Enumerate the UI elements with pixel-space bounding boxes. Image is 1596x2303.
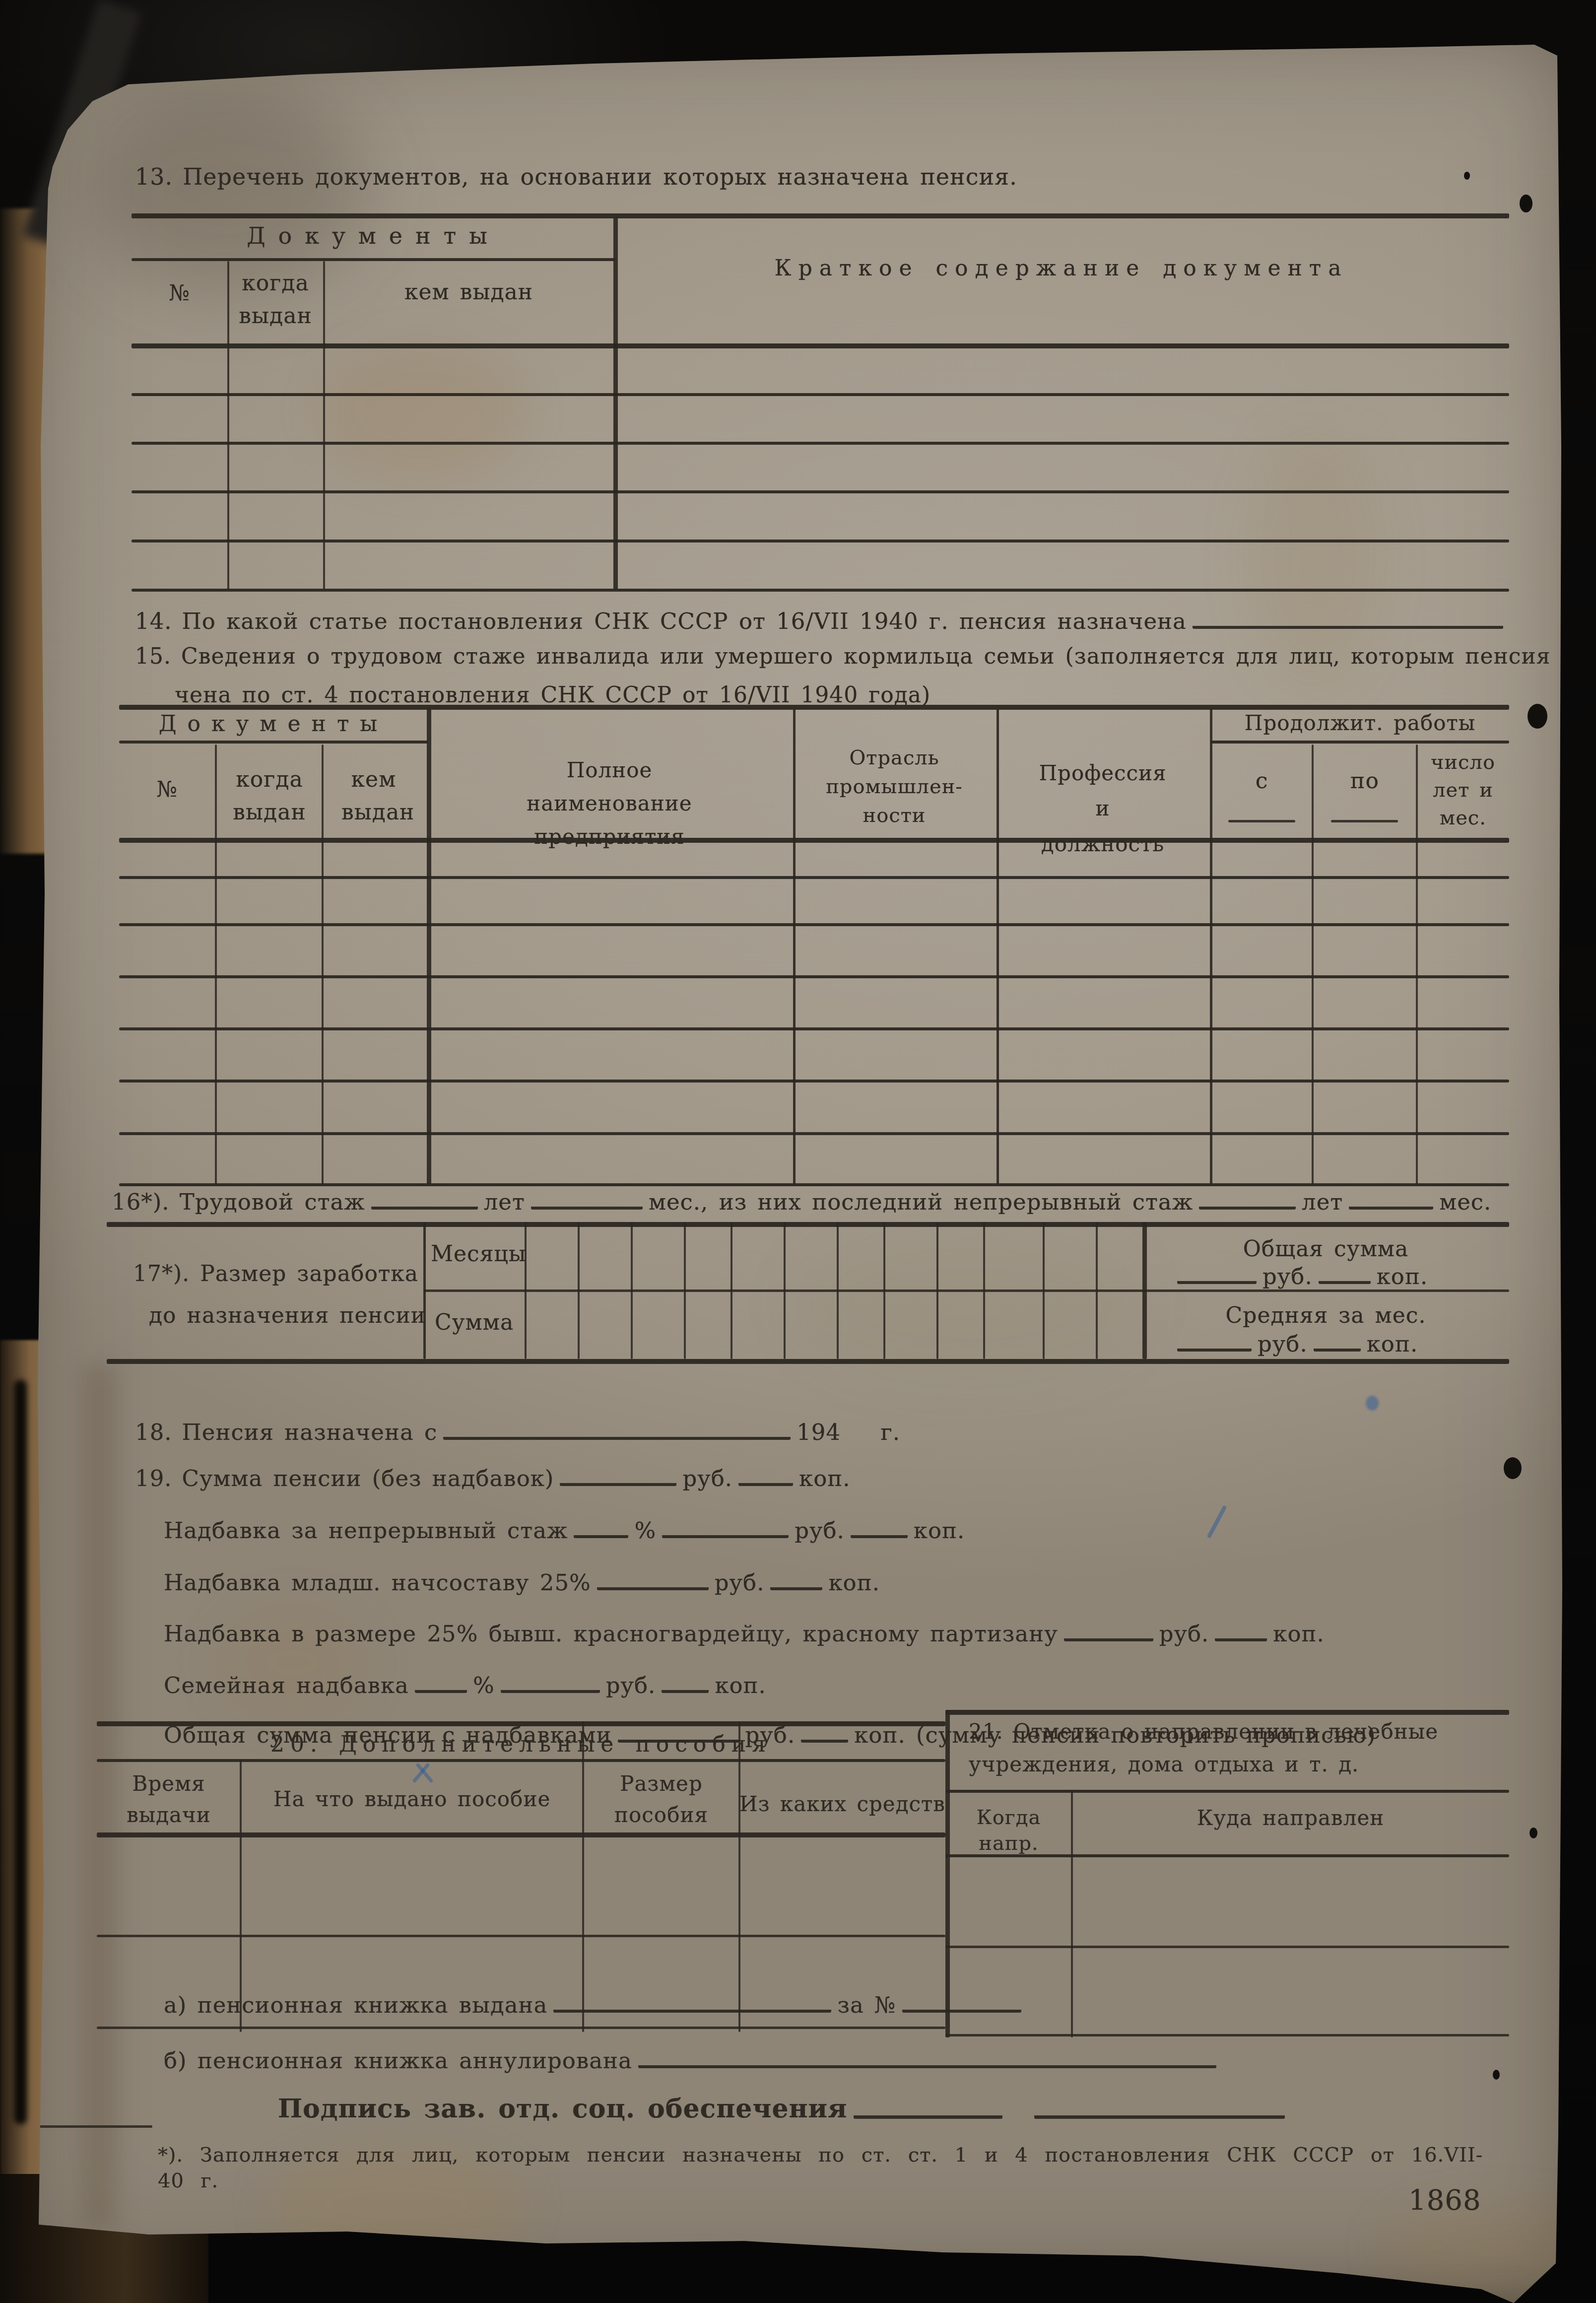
table15-col-enterprise: Полное наименование предприятия: [480, 753, 738, 854]
table13-col-summary: Краткое содержание документа: [613, 254, 1509, 282]
blank-line: [415, 1689, 467, 1693]
table15-col-issued-when: когда выдан: [232, 763, 307, 829]
table20-title: 20. Дополнительные пособия: [97, 1730, 945, 1759]
v-rule: [1071, 1790, 1073, 2037]
blank-row-rule: [119, 1027, 1509, 1030]
junior-staff-bonus-label: Надбавка младш. начсоставу 25%: [164, 1571, 591, 1594]
v-rule: [215, 745, 217, 1184]
section19-row2: Надбавка за непрерывный стаж % руб. коп.: [164, 1519, 965, 1542]
section16-line: 16*). Трудовой стаж лет мес., из них пос…: [112, 1190, 1509, 1214]
section13-title: Перечень документов, на основании которы…: [183, 165, 1017, 189]
kop-label: коп.: [828, 1571, 880, 1594]
blank-line: [1193, 625, 1503, 629]
section14-line: 14. По какой статье постановления СНК СС…: [135, 610, 1509, 633]
blank-line: [371, 1206, 478, 1210]
section14-label: По какой статье постановления СНК СССР о…: [182, 610, 1187, 633]
h-rule: [119, 838, 1509, 843]
v-rule: [240, 1759, 242, 2032]
blank-row-rule: [132, 589, 1509, 592]
kop-label: коп.: [715, 1674, 766, 1697]
section15-text1: Сведения о трудовом стаже инвалида или у…: [181, 645, 1596, 668]
v-rule: [322, 745, 324, 1184]
blank-line: [1228, 820, 1295, 822]
h-rule: [97, 1759, 945, 1762]
section17-number: 17*).: [133, 1261, 190, 1287]
v-rule: [1312, 745, 1314, 1184]
section13-number: 13.: [135, 165, 173, 189]
blank-line: [851, 1534, 908, 1538]
section19-row1: 19. Сумма пенсии (без надбавок) руб. коп…: [135, 1467, 851, 1490]
kop-label: коп.: [1273, 1622, 1325, 1645]
blank-row-rule: [945, 2034, 1509, 2036]
section16-text2: мес., из них последний непрерывный стаж: [649, 1190, 1193, 1214]
blank-row-rule: [132, 393, 1509, 396]
table13-col-no: №: [132, 279, 227, 307]
blank-line: [1349, 1206, 1433, 1210]
section18-number: 18.: [135, 1421, 172, 1444]
paper-stain: [794, 1231, 1141, 1380]
footnote: *). Заполняется для лиц, которым пенсии …: [158, 2142, 1493, 2194]
rub-label: руб.: [1159, 1622, 1209, 1645]
punch-hole: [1528, 704, 1547, 729]
kop-label: коп.: [799, 1467, 851, 1490]
table13-col-issued-by: кем выдан: [324, 278, 613, 306]
blank-line: [662, 1534, 789, 1538]
pension-sum-label: Сумма пенсии (без надбавок): [182, 1467, 554, 1490]
blank-line: [531, 1206, 643, 1210]
v-rule: [684, 1222, 686, 1359]
blank-line: [662, 1689, 709, 1693]
table20-col-source: Из каких средств: [739, 1791, 945, 1818]
blank-row-rule: [119, 923, 1509, 926]
blank-row-rule: [119, 1132, 1509, 1135]
blank-line: [902, 2009, 1021, 2013]
v-rule: [731, 1222, 732, 1359]
v-rule: [883, 1222, 885, 1359]
blank-line: [553, 2009, 831, 2013]
h-rule: [945, 1710, 1509, 1715]
ink-speck: [1529, 1828, 1537, 1838]
blank-row-rule: [119, 876, 1509, 879]
h-rule: [423, 1289, 1509, 1292]
blank-line: [574, 1534, 628, 1538]
v-rule: [1416, 745, 1418, 1184]
v-rule: [945, 1710, 950, 2037]
v-rule: [738, 1721, 740, 2032]
v-rule: [525, 1222, 527, 1359]
v-rule: [582, 1721, 584, 2032]
h-rule: [97, 1721, 945, 1726]
table15-col-issued-by: кем выдан: [341, 763, 406, 829]
kop-label: коп.: [1377, 1265, 1428, 1288]
section16-months-label: мес.: [1439, 1190, 1491, 1214]
v-rule: [936, 1222, 938, 1359]
h-rule: [107, 1222, 1509, 1227]
v-rule: [1043, 1222, 1045, 1359]
section18-year-prefix: 194: [797, 1421, 841, 1444]
table15-group-documents: Документы: [119, 710, 428, 738]
table15-col-no: №: [119, 775, 215, 804]
table13-group-documents: Документы: [132, 221, 615, 251]
v-rule: [1210, 709, 1212, 1184]
blank-row-rule: [97, 2027, 945, 2029]
documents-table: Документы № когда выдан кем выдан Кратко…: [132, 213, 1509, 596]
ink-speck: [1464, 172, 1470, 180]
avg-month-line: руб. коп.: [1171, 1332, 1418, 1355]
spine-shadow-streak: [14, 1380, 27, 2124]
blank-row-rule: [132, 540, 1509, 542]
blue-ink-mark: [1366, 1396, 1379, 1411]
total-sum-label: Общая сумма: [1142, 1235, 1509, 1263]
h-rule: [132, 213, 1509, 218]
blank-line: [1215, 1637, 1267, 1641]
rub-label: руб.: [715, 1571, 765, 1594]
blank-line: [1331, 820, 1398, 822]
pension-book-issued-label: а) пенсионная книжка выдана: [164, 1993, 547, 2017]
blank-line: [1314, 1348, 1361, 1352]
avg-month-label: Средняя за мес.: [1142, 1301, 1509, 1330]
v-rule: [837, 1222, 839, 1359]
earnings-sum-label: Сумма: [435, 1308, 514, 1337]
rub-label: руб.: [1263, 1265, 1313, 1288]
blank-row-rule: [119, 975, 1509, 978]
pension-book-cancelled-line: б) пенсионная книжка аннулирована: [164, 2049, 1222, 2072]
v-rule: [613, 217, 618, 590]
form-code: 1868: [1408, 2183, 1481, 2219]
blank-line: [597, 1586, 709, 1590]
percent-label: %: [473, 1674, 495, 1697]
section17-label-line1: 17*). Размер заработка: [133, 1260, 418, 1288]
v-rule: [1096, 1222, 1098, 1359]
punch-hole: [1504, 1457, 1522, 1479]
blank-row-rule: [132, 490, 1509, 493]
signature-label: Подпись зав. отд. соц. обеспечения: [278, 2096, 848, 2123]
blank-line: [443, 1436, 791, 1440]
section18-label: Пенсия назначена с: [182, 1421, 438, 1444]
pension-book-issued-line: а) пенсионная книжка выдана за №: [164, 1993, 1027, 2017]
table21-col-when: Когда напр.: [945, 1805, 1072, 1856]
family-bonus-label: Семейная надбавка: [164, 1674, 409, 1697]
h-rule: [945, 1854, 1509, 1857]
section17-label1: Размер заработка: [200, 1261, 418, 1287]
rub-label: руб.: [795, 1519, 845, 1542]
h-rule: [132, 343, 1509, 348]
ink-speck: [1493, 2070, 1500, 2080]
blank-line: [560, 1482, 676, 1486]
h-rule: [132, 258, 615, 261]
section16-years-label2: лет: [1302, 1190, 1343, 1214]
section16-text: Трудовой стаж: [180, 1190, 365, 1214]
section19-number: 19.: [135, 1467, 172, 1490]
kop-label: коп.: [914, 1519, 965, 1542]
table13-col-issued-when: когда выдан: [238, 267, 313, 333]
total-sum-line: руб. коп.: [1171, 1265, 1428, 1288]
h-rule: [119, 741, 428, 744]
pension-book-cancelled-label: б) пенсионная книжка аннулирована: [164, 2049, 632, 2072]
blank-line: [738, 1482, 793, 1486]
section19-row3: Надбавка младш. начсоставу 25% руб. коп.: [164, 1571, 880, 1594]
rub-label: руб.: [682, 1467, 732, 1490]
h-rule: [97, 1832, 945, 1837]
v-rule: [578, 1222, 580, 1359]
scanned-photo: 13. Перечень документов, на основании ко…: [0, 0, 1596, 2303]
table15-group-duration: Продолжит. работы: [1211, 710, 1509, 737]
blank-row-rule: [97, 1935, 945, 1937]
blank-line: [854, 2114, 1002, 2119]
blue-ink-mark: [1207, 1505, 1227, 1538]
blank-row-rule: [945, 1946, 1509, 1948]
h-rule: [119, 705, 1509, 710]
blank-row-rule: [132, 442, 1509, 445]
section18-line: 18. Пенсия назначена с 194 г.: [135, 1421, 900, 1444]
section16-number: 16*).: [112, 1190, 170, 1214]
rub-label: руб.: [1258, 1332, 1308, 1355]
table15-col-from: с: [1211, 767, 1313, 795]
blank-line: [1177, 1348, 1252, 1352]
table20-col-purpose: На что выдано пособие: [241, 1786, 583, 1813]
kop-label: коп.: [1367, 1332, 1418, 1355]
blank-row-rule: [119, 1080, 1509, 1083]
h-rule: [107, 1359, 1509, 1364]
spacer: [841, 1443, 880, 1444]
blank-line: [1199, 1206, 1296, 1210]
table21-title-line2: учреждения, дома отдыха и т. д.: [969, 1751, 1359, 1778]
blank-line: [638, 2064, 1216, 2068]
table15-col-years-months: число лет и мес.: [1426, 748, 1500, 832]
continuous-service-bonus-label: Надбавка за непрерывный стаж: [164, 1519, 568, 1542]
section19-row5: Семейная надбавка % руб. коп.: [164, 1674, 766, 1697]
blank-line: [36, 2125, 152, 2128]
za-number-label: за №: [837, 1993, 896, 2017]
section16-years-label: лет: [484, 1190, 525, 1214]
work-record-table: Документы Продолжит. работы № когда выда…: [119, 705, 1509, 1194]
spacer: [1008, 2122, 1028, 2123]
percent-label: %: [634, 1519, 656, 1542]
v-rule: [793, 709, 796, 1184]
blank-row-rule: [119, 1183, 1509, 1186]
signature-line: Подпись зав. отд. соц. обеспечения: [278, 2096, 1291, 2123]
section19-row4: Надбавка в размере 25% бывш. красногвард…: [164, 1622, 1325, 1645]
rub-label: руб.: [606, 1674, 656, 1697]
blank-line: [1034, 2114, 1285, 2119]
document-page: 13. Перечень документов, на основании ко…: [0, 0, 1596, 2303]
table15-col-industry: Отрасль промышлен- ности: [820, 744, 969, 830]
h-rule: [1211, 741, 1509, 744]
section15-line1: 15. Сведения о трудовом стаже инвалида и…: [135, 645, 1509, 668]
blank-line: [1064, 1637, 1153, 1641]
section15-number: 15.: [135, 645, 171, 668]
blank-line: [1319, 1280, 1371, 1284]
table20-col-time: Время выдачи: [97, 1768, 241, 1830]
v-rule: [427, 709, 431, 1184]
section18-year-suffix: г.: [880, 1421, 900, 1444]
v-rule: [784, 1222, 786, 1359]
blank-line: [770, 1586, 822, 1590]
v-rule: [997, 709, 999, 1184]
blank-line: [1177, 1280, 1257, 1284]
ink-speck: [1520, 195, 1532, 212]
table20-col-amount: Размер пособия: [583, 1768, 739, 1830]
v-rule: [631, 1222, 633, 1359]
section17-label-line2: до назначения пенсии: [149, 1301, 426, 1330]
red-guard-bonus-label: Надбавка в размере 25% бывш. красногвард…: [164, 1622, 1058, 1645]
section14-number: 14.: [135, 610, 172, 633]
table21-title-line1: 21. Отметка о направлении в лечебные: [969, 1718, 1438, 1746]
table15-col-to: по: [1313, 767, 1417, 795]
table21-col-where: Куда направлен: [1072, 1805, 1509, 1832]
v-rule: [983, 1222, 985, 1359]
blank-line: [501, 1689, 600, 1693]
table15-col-profession: Профессия и должность: [1038, 755, 1167, 862]
section13-heading: 13. Перечень документов, на основании ко…: [135, 165, 1017, 189]
earnings-months-label: Месяцы: [431, 1240, 527, 1268]
h-rule: [945, 1790, 1509, 1793]
